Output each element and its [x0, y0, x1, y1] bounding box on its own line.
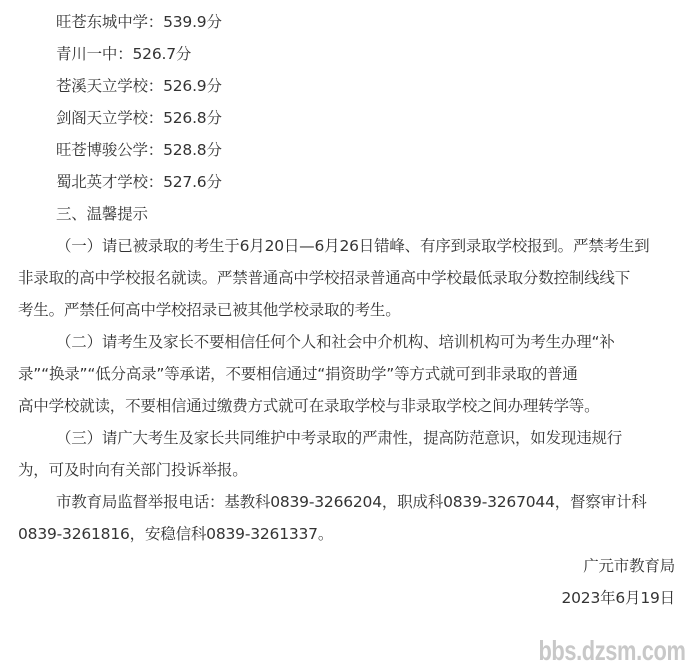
paragraph-3-line: 为，可及时向有关部门投诉举报。 [18, 460, 248, 480]
score-line: 旺苍博骏公学：528.8分 [56, 140, 222, 160]
paragraph-1-line: （一）请已被录取的考生于6月20日—6月26日错峰、有序到录取学校报到。严禁考生… [56, 236, 649, 256]
paragraph-2-line: 高中学校就读，不要相信通过缴费方式就可在录取学校与非录取学校之间办理转学等。 [18, 396, 599, 416]
watermark: bbs.dzsm.com [538, 637, 685, 665]
score-line: 蜀北英才学校：527.6分 [56, 172, 222, 192]
hotline-line: 0839-3261816，安稳信科0839-3261337。 [18, 524, 333, 544]
paragraph-1-line: 考生。严禁任何高中学校招录已被其他学校录取的考生。 [18, 300, 401, 320]
section-heading: 三、温馨提示 [56, 204, 148, 224]
paragraph-2-line: 录”“换录”“低分高录”等承诺，不要相信通过“捐资助学”等方式就可到非录取的普通 [18, 364, 578, 384]
score-line: 苍溪天立学校：526.9分 [56, 76, 222, 96]
score-line: 青川一中：526.7分 [56, 44, 191, 64]
hotline-line: 市教育局监督举报电话：基教科0839-3266204，职成科0839-32670… [56, 492, 647, 512]
signature-date: 2023年6月19日 [561, 588, 675, 608]
paragraph-3-line: （三）请广大考生及家长共同维护中考录取的严肃性，提高防范意识，如发现违规行 [56, 428, 622, 448]
score-line: 剑阁天立学校：526.8分 [56, 108, 222, 128]
score-line: 旺苍东城中学：539.9分 [56, 12, 222, 32]
paragraph-2-line: （二）请考生及家长不要相信任何个人和社会中介机构、培训机构可为考生办理“补 [56, 332, 615, 352]
paragraph-1-line: 非录取的高中学校报名就读。严禁普通高中学校招录普通高中学校最低录取分数控制线线下 [18, 268, 630, 288]
signature-organization: 广元市教育局 [583, 556, 675, 576]
